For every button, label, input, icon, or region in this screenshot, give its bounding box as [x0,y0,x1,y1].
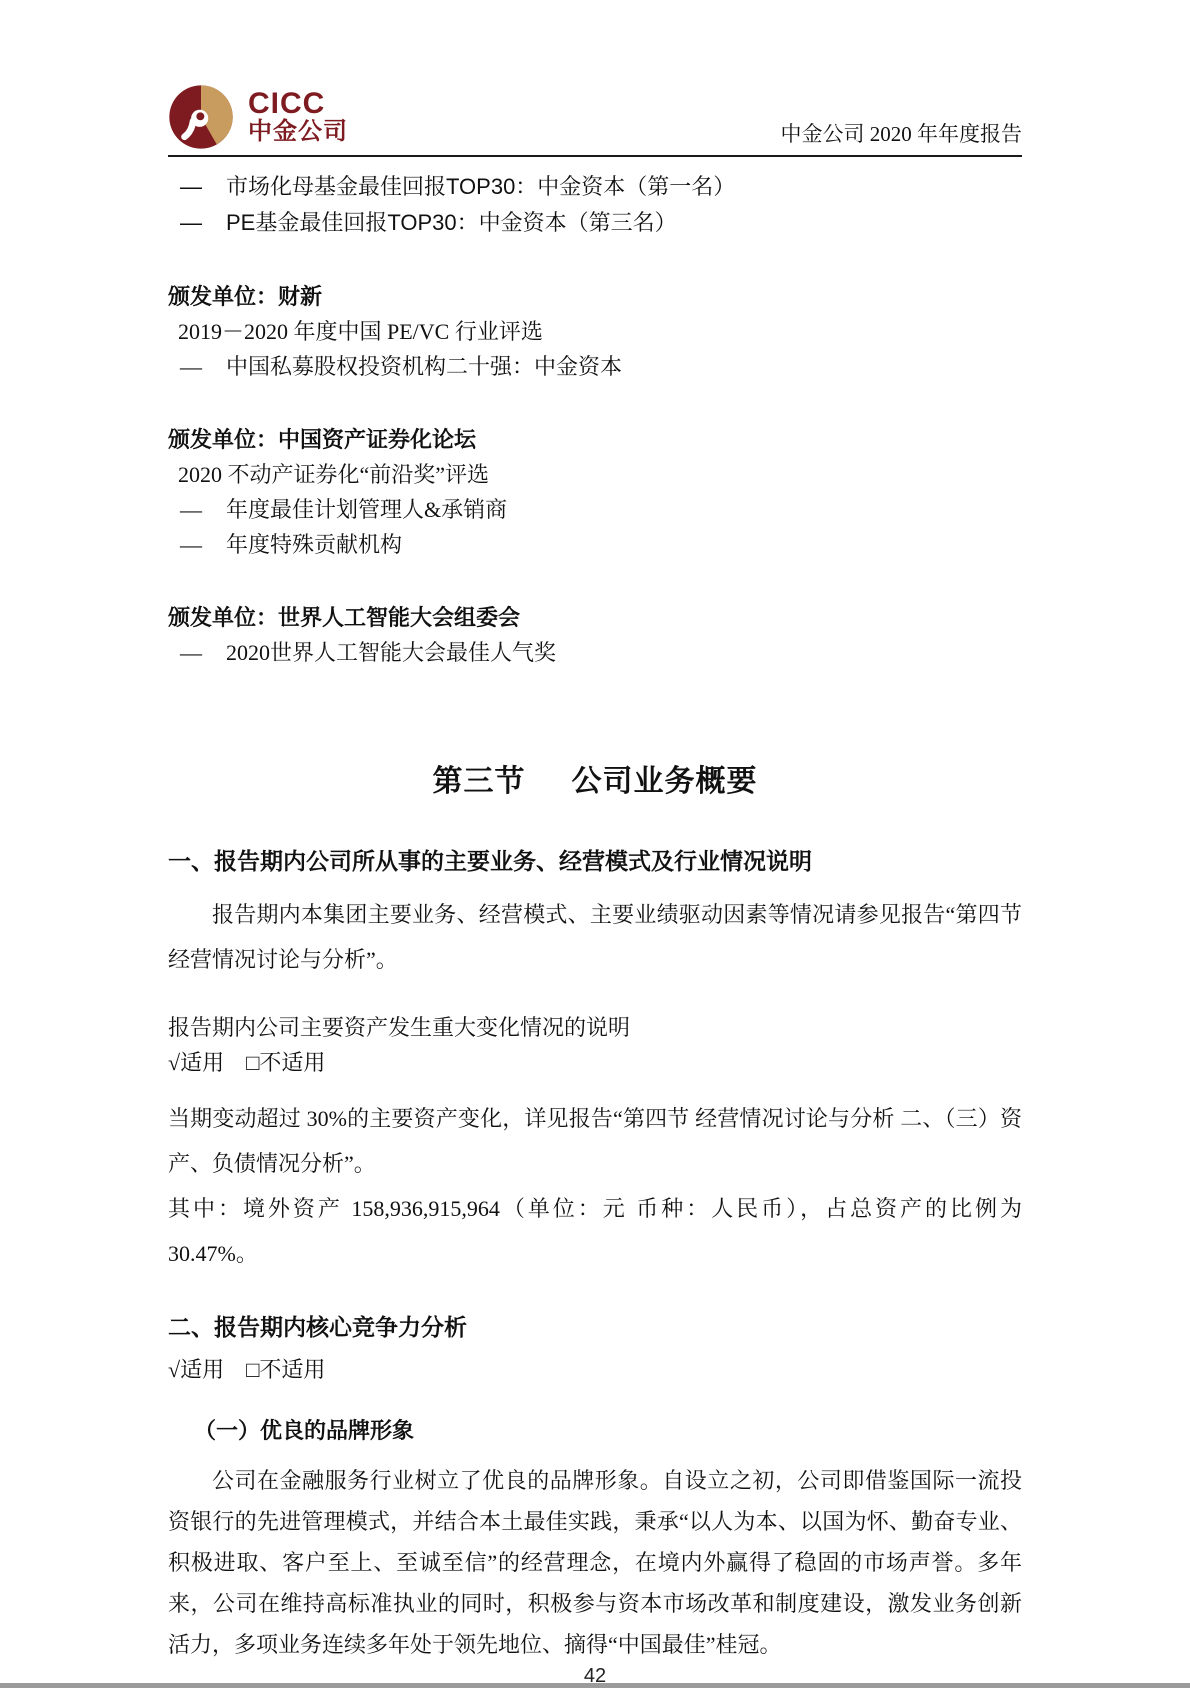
sub-heading-brand-image: （一）优良的品牌形象 [168,1413,1022,1448]
award-item-text: 中国私募股权投资机构二十强：中金资本 [226,349,622,384]
dash-bullet: — [180,527,226,562]
cicc-logo-icon [168,84,234,150]
page-number: 42 [168,1665,1022,1688]
part2-heading: 二、报告期内核心竞争力分析 [168,1312,1022,1342]
award-items: — 2020世界人工智能大会最佳人气奖 [168,635,1022,670]
brand-image-paragraph: 公司在金融服务行业树立了优良的品牌形象。自设立之初，公司即借鉴国际一流投资银行的… [168,1460,1022,1665]
part1-heading: 一、报告期内公司所从事的主要业务、经营模式及行业情况说明 [168,846,1022,876]
cicc-logo-text: CICC 中金公司 [248,89,348,144]
cicc-brand: CICC 中金公司 [168,84,348,150]
award-group-waic: 颁发单位：世界人工智能大会组委会 — 2020世界人工智能大会最佳人气奖 [168,600,1022,670]
dash-bullet: — [180,205,226,241]
report-page: CICC 中金公司 中金公司 2020 年年度报告 — 市场化母基金最佳回报TO… [0,0,1190,1683]
award-issuer: 颁发单位：世界人工智能大会组委会 [168,600,1022,635]
award-item-text: 年度特殊贡献机构 [226,527,402,562]
award-group-securitization-forum: 颁发单位：中国资产证券化论坛 2020 不动产证券化“前沿奖”评选 — 年度最佳… [168,422,1022,562]
cicc-chinese-name: 中金公司 [248,120,348,144]
list-item: — 市场化母基金最佳回报TOP30：中金资本（第一名） [168,169,1022,205]
asset-change-note-title: 报告期内公司主要资产发生重大变化情况的说明 [168,1010,1022,1045]
report-title: 中金公司 2020 年年度报告 [781,118,1023,150]
award-item-text: 2020世界人工智能大会最佳人气奖 [226,635,556,670]
award-item-text: 市场化母基金最佳回报TOP30：中金资本（第一名） [226,169,735,205]
overseas-assets-line: 其中：境外资产 158,936,915,964（单位：元 币种：人民币），占总资… [168,1186,1022,1276]
section-chapter-number: 第三节 [433,765,526,798]
asset-change-note: 报告期内公司主要资产发生重大变化情况的说明 √适用 □不适用 [168,1010,1022,1080]
list-item: — 中国私募股权投资机构二十强：中金资本 [168,349,1022,384]
award-issuer: 颁发单位：中国资产证券化论坛 [168,422,1022,457]
dash-bullet: — [180,169,226,205]
dash-bullet: — [180,635,226,670]
award-item-text: 年度最佳计划管理人&承销商 [226,492,507,527]
part1-paragraph: 报告期内本集团主要业务、经营模式、主要业绩驱动因素等情况请参见报告“第四节 经营… [168,892,1022,982]
applicability-line: √适用 □不适用 [168,1352,1022,1387]
award-issuer: 颁发单位：财新 [168,279,1022,314]
section-heading: 第三节公司业务概要 [168,756,1022,800]
cicc-acronym: CICC [248,89,348,120]
award-group-caixin: 颁发单位：财新 2019－2020 年度中国 PE/VC 行业评选 — 中国私募… [168,279,1022,384]
list-item: — 年度最佳计划管理人&承销商 [168,492,1022,527]
award-event: 2019－2020 年度中国 PE/VC 行业评选 [168,314,1022,349]
dash-bullet: — [180,349,226,384]
award-items: — 中国私募股权投资机构二十强：中金资本 [168,349,1022,384]
award-event: 2020 不动产证券化“前沿奖”评选 [168,457,1022,492]
applicability-line: √适用 □不适用 [168,1045,1022,1080]
dash-bullet: — [180,492,226,527]
list-item: — 年度特殊贡献机构 [168,527,1022,562]
page-header: CICC 中金公司 中金公司 2020 年年度报告 [168,84,1022,157]
award-item-text: PE基金最佳回报TOP30：中金资本（第三名） [226,205,677,241]
list-item: — PE基金最佳回报TOP30：中金资本（第三名） [168,205,1022,241]
asset-change-paragraph: 当期变动超过 30%的主要资产变化，详见报告“第四节 经营情况讨论与分析 二、（… [168,1096,1022,1186]
section-title: 公司业务概要 [572,765,758,798]
award-items: — 年度最佳计划管理人&承销商 — 年度特殊贡献机构 [168,492,1022,562]
awards-intro-list: — 市场化母基金最佳回报TOP30：中金资本（第一名） — PE基金最佳回报TO… [168,169,1022,241]
list-item: — 2020世界人工智能大会最佳人气奖 [168,635,1022,670]
